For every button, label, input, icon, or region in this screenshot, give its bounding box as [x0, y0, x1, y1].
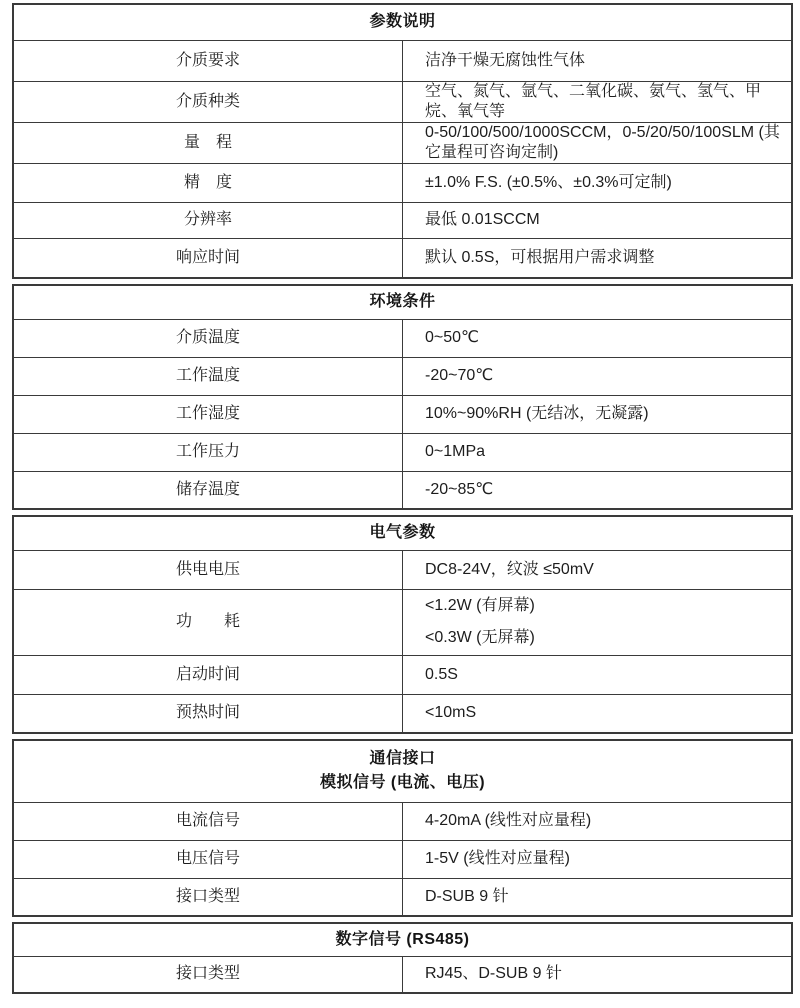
spec-label: 介质种类 [13, 81, 403, 122]
spec-label: 供电电压 [13, 550, 403, 589]
spec-label: 响应时间 [13, 238, 403, 278]
spec-label: 电压信号 [13, 840, 403, 878]
spec-label: 接口类型 [13, 956, 403, 993]
section-table-comm-analog: 通信接口 模拟信号 (电流、电压) 电流信号 4-20mA (线性对应量程) 电… [12, 739, 793, 917]
spec-value-line: <1.2W (有屏幕) [425, 590, 783, 622]
spec-label: 量 程 [13, 122, 403, 163]
table-row: 工作压力 0~1MPa [13, 433, 792, 471]
spec-label: 预热时间 [13, 694, 403, 733]
spec-value: 洁净干燥无腐蚀性气体 [403, 40, 793, 81]
table-row: 工作温度 -20~70℃ [13, 357, 792, 395]
spec-value: 0~1MPa [403, 433, 793, 471]
spec-value: 最低 0.01SCCM [403, 202, 793, 238]
spec-label: 工作温度 [13, 357, 403, 395]
table-row: 精 度 ±1.0% F.S. (±0.5%、±0.3%可定制) [13, 163, 792, 202]
spec-value: DC8-24V，纹波 ≤50mV [403, 550, 793, 589]
table-row: 介质温度 0~50℃ [13, 319, 792, 357]
spec-value: 默认 0.5S，可根据用户需求调整 [403, 238, 793, 278]
spec-label: 储存温度 [13, 471, 403, 509]
section-subtitle-line: 模拟信号 (电流、电压) [14, 771, 791, 795]
section-table-parameters: 参数说明 介质要求 洁净干燥无腐蚀性气体 介质种类 空气、氮气、氩气、二氧化碳、… [12, 3, 793, 279]
table-row: 分辨率 最低 0.01SCCM [13, 202, 792, 238]
spec-label: 介质温度 [13, 319, 403, 357]
table-row: 电压信号 1-5V (线性对应量程) [13, 840, 792, 878]
spec-value: ±1.0% F.S. (±0.5%、±0.3%可定制) [403, 163, 793, 202]
spec-value: -20~85℃ [403, 471, 793, 509]
spec-value: 1-5V (线性对应量程) [403, 840, 793, 878]
spec-value: -20~70℃ [403, 357, 793, 395]
table-row: 接口类型 RJ45、D-SUB 9 针 [13, 956, 792, 993]
table-row: 量 程 0-50/100/500/1000SCCM，0-5/20/50/100S… [13, 122, 792, 163]
section-title: 电气参数 [13, 516, 792, 550]
table-row: 电流信号 4-20mA (线性对应量程) [13, 802, 792, 840]
table-row: 功 耗 <1.2W (有屏幕) <0.3W (无屏幕) [13, 589, 792, 655]
spec-value: 0-50/100/500/1000SCCM，0-5/20/50/100SLM (… [403, 122, 793, 163]
spec-value: <10mS [403, 694, 793, 733]
table-row: 供电电压 DC8-24V，纹波 ≤50mV [13, 550, 792, 589]
spec-label: 工作湿度 [13, 395, 403, 433]
section-header-row: 环境条件 [13, 285, 792, 319]
spec-sheet: 参数说明 介质要求 洁净干燥无腐蚀性气体 介质种类 空气、氮气、氩气、二氧化碳、… [12, 3, 793, 999]
table-row: 启动时间 0.5S [13, 655, 792, 694]
spec-label: 接口类型 [13, 878, 403, 916]
spec-value: 0~50℃ [403, 319, 793, 357]
spec-value: 0.5S [403, 655, 793, 694]
spec-value: 4-20mA (线性对应量程) [403, 802, 793, 840]
section-title: 数字信号 (RS485) [13, 923, 792, 956]
spec-value: 空气、氮气、氩气、二氧化碳、氨气、氢气、甲烷、氧气等 [403, 81, 793, 122]
section-header-row: 电气参数 [13, 516, 792, 550]
spec-label: 电流信号 [13, 802, 403, 840]
section-table-electrical: 电气参数 供电电压 DC8-24V，纹波 ≤50mV 功 耗 <1.2W (有屏… [12, 515, 793, 734]
section-title: 通信接口 模拟信号 (电流、电压) [13, 740, 792, 802]
section-header-row: 数字信号 (RS485) [13, 923, 792, 956]
section-header-row: 通信接口 模拟信号 (电流、电压) [13, 740, 792, 802]
spec-value-line: <0.3W (无屏幕) [425, 622, 783, 654]
spec-value: 10%~90%RH (无结冰，无凝露) [403, 395, 793, 433]
section-title-line: 通信接口 [14, 747, 791, 771]
section-title: 参数说明 [13, 4, 792, 40]
table-row: 响应时间 默认 0.5S，可根据用户需求调整 [13, 238, 792, 278]
spec-label: 介质要求 [13, 40, 403, 81]
table-row: 工作湿度 10%~90%RH (无结冰，无凝露) [13, 395, 792, 433]
spec-label: 功 耗 [13, 589, 403, 655]
section-header-row: 参数说明 [13, 4, 792, 40]
spec-label: 启动时间 [13, 655, 403, 694]
spec-value: <1.2W (有屏幕) <0.3W (无屏幕) [403, 589, 793, 655]
spec-label: 精 度 [13, 163, 403, 202]
spec-value: D-SUB 9 针 [403, 878, 793, 916]
table-row: 接口类型 D-SUB 9 针 [13, 878, 792, 916]
section-table-comm-digital: 数字信号 (RS485) 接口类型 RJ45、D-SUB 9 针 [12, 922, 793, 994]
table-row: 介质种类 空气、氮气、氩气、二氧化碳、氨气、氢气、甲烷、氧气等 [13, 81, 792, 122]
spec-label: 分辨率 [13, 202, 403, 238]
section-title: 环境条件 [13, 285, 792, 319]
table-row: 预热时间 <10mS [13, 694, 792, 733]
spec-value: RJ45、D-SUB 9 针 [403, 956, 793, 993]
table-row: 储存温度 -20~85℃ [13, 471, 792, 509]
spec-label: 工作压力 [13, 433, 403, 471]
section-table-environment: 环境条件 介质温度 0~50℃ 工作温度 -20~70℃ 工作湿度 10%~90… [12, 284, 793, 510]
table-row: 介质要求 洁净干燥无腐蚀性气体 [13, 40, 792, 81]
